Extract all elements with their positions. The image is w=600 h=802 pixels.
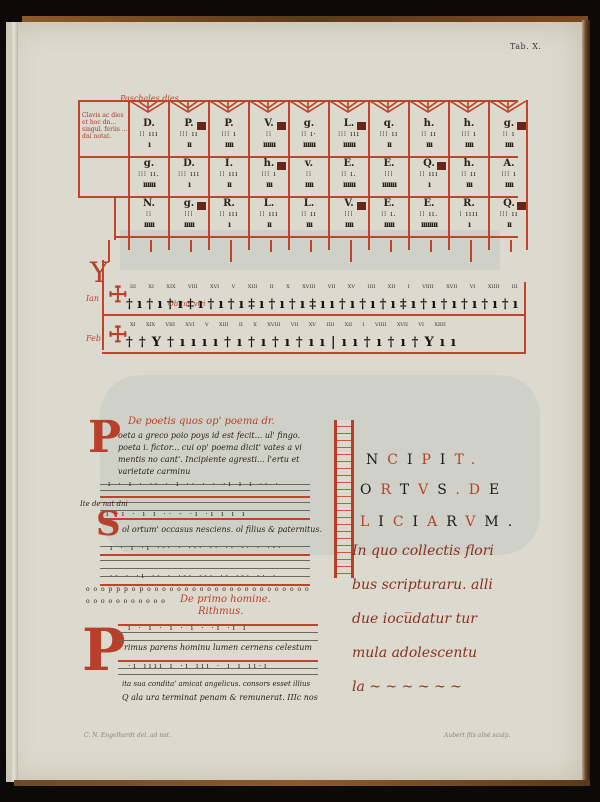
red-square-marker-icon [277, 122, 286, 130]
day-mark: ı [259, 297, 264, 312]
dominical-letter: D. [130, 118, 168, 129]
incipit-script-line: due iocu̅datur tur [352, 602, 552, 636]
red-square-marker-icon [357, 202, 366, 210]
tick-count: ı [210, 219, 248, 229]
golden-number: I [363, 322, 365, 328]
dot-count: ⁞⁞ ı· [290, 131, 328, 137]
dominical-letter: q. [370, 118, 408, 129]
roof-ornament-icon [328, 100, 368, 116]
day-mark: ı [261, 335, 266, 350]
day-mark: ‡ [187, 297, 194, 312]
cross-ornament-icon: ☩ [108, 282, 128, 308]
golden-number: XI [148, 284, 154, 290]
initial-i-ornamental [334, 420, 354, 578]
day-mark: † [269, 297, 276, 312]
day-mark: ı [285, 335, 290, 350]
table-cell: P.⁞⁞⁞ ıııı [170, 116, 208, 154]
golden-number: V [232, 284, 236, 290]
dominical-letter: E. [410, 198, 448, 209]
credit-draughtsman: C. N. Engelhardt del. ad nat. [84, 732, 171, 739]
line-sol-ortum: ol ortum' occasus nesciens. ol filius & … [122, 524, 352, 536]
tick-count: ııııııı [370, 179, 408, 189]
incipit-letter: R [380, 482, 399, 498]
red-square-marker-icon [517, 202, 526, 210]
table-cell: I.⁞⁞ ııııı [210, 156, 248, 194]
day-mark: † [207, 297, 214, 312]
dot-count: ⁞⁞ [290, 171, 328, 177]
roof-ornament-icon [368, 100, 408, 116]
day-mark: † [126, 335, 133, 350]
day-mark: † [126, 297, 133, 312]
day-mark: ı [353, 335, 358, 350]
month-label-february: Feb [86, 334, 101, 343]
golden-number: X [253, 322, 257, 328]
day-mark: ı [202, 335, 207, 350]
dominical-letter: g. [290, 118, 328, 129]
table-cell: V.⁞⁞ıııııı [250, 116, 288, 154]
dot-count: ⁞⁞ ıı [410, 131, 448, 137]
table-cell: R.⁞ ııııı [450, 196, 488, 234]
table-cell: P.⁞⁞⁞ ııııı [210, 116, 248, 154]
dot-count: ⁞⁞⁞ ıı [170, 131, 208, 137]
dot-count: ⁞⁞ ııı [210, 211, 248, 217]
red-square-marker-icon [197, 122, 206, 130]
tick-count: ıııııı [250, 139, 288, 149]
golden-number: I [408, 284, 410, 290]
day-mark: ı [137, 297, 142, 312]
golden-number: XII [345, 322, 353, 328]
paragraph-poeta: oeta a greco poio poys id est fecit... u… [118, 430, 318, 478]
drip-line [350, 240, 352, 262]
staff-line-january [102, 314, 526, 316]
dominical-letter: D. [170, 158, 208, 169]
table-cell: h.⁞⁞ ııııı [450, 156, 488, 194]
incipit-letter: C [387, 452, 407, 468]
day-mark: ı [350, 297, 355, 312]
table-cell: E.⁞⁞ ı.ıııııı [330, 156, 368, 194]
dominical-letter: A. [490, 158, 528, 169]
dominical-letter: I. [210, 158, 248, 169]
day-mark: † [167, 297, 174, 312]
table-cell: L.⁞⁞⁞ ııııııııı [330, 116, 368, 154]
golden-numbers-row-2: XIXIXVIIIXVIVXIIIIIXXVIIIVIIXVIIIIXIIIVI… [130, 322, 446, 328]
tick-count: ıı [210, 179, 248, 189]
dot-count: ⁞⁞ [250, 131, 288, 137]
golden-number: XIX [166, 284, 175, 290]
table-cell: g.⁞⁞⁞ııııı [170, 196, 208, 234]
dot-count: ⁞⁞⁞ ı [210, 131, 248, 137]
day-mark: Y [424, 335, 433, 350]
section-heading: De poetis quos op' poema dr. [128, 416, 358, 428]
dominical-letter: v. [290, 158, 328, 169]
golden-number: XIX [146, 322, 155, 328]
golden-number: XV [348, 284, 355, 290]
incipit-line-1: NCIPIT. [366, 452, 484, 468]
tick-count: ıııı [450, 139, 488, 149]
day-mark: † [248, 335, 255, 350]
day-mark: ı [452, 297, 457, 312]
tick-count: ıııı [330, 219, 368, 229]
golden-number: XII [388, 284, 396, 290]
incipit-letter: . [455, 482, 468, 498]
day-mark: ı [370, 297, 375, 312]
table-left-rule [114, 196, 116, 240]
day-mark: ‡ [248, 297, 255, 312]
tick-count: ı [450, 219, 488, 229]
line-vita-sua: ita sua condita' amicat angelicus. conso… [122, 678, 352, 690]
golden-number: II [239, 322, 243, 328]
day-mark: † [272, 335, 279, 350]
table-cell: D.⁞⁞ ıııı [130, 116, 168, 154]
table-cell: R.⁞⁞ ıııı [210, 196, 248, 234]
dot-count: ⁞⁞⁞ ıı [370, 131, 408, 137]
tick-count: ıııııı [330, 139, 368, 149]
golden-number: VII [328, 284, 336, 290]
table-cell: L.⁞⁞ ııııı [250, 196, 288, 234]
golden-number: X [286, 284, 290, 290]
red-square-marker-icon [437, 162, 446, 170]
table-cell: D.⁞⁞⁞ ıııı [170, 156, 208, 194]
incipit-script-line: In quo collectis flori [352, 534, 552, 568]
incipit-letter: T [454, 452, 470, 468]
dot-count: ⁞⁞ ııı [130, 131, 168, 137]
dot-count: ⁞⁞⁞ ı [490, 171, 528, 177]
day-mark: † [364, 335, 371, 350]
day-mark: † [296, 335, 303, 350]
roof-ornament-icon [128, 100, 168, 116]
incipit-letter: M [484, 514, 507, 530]
incipit-letter: R [446, 514, 465, 530]
dot-count: ⁞⁞⁞ ıı. [130, 171, 168, 177]
day-mark: ı [198, 297, 203, 312]
tick-count: ııııı [130, 219, 168, 229]
tick-count: ıııı [290, 179, 328, 189]
golden-number: V [205, 322, 209, 328]
calendar-staves: Y Ian Feb ☩ ☩ Obitus viri IIIXIXIXVIIIXV… [86, 260, 526, 370]
table-left-rule [78, 100, 80, 198]
golden-number: VIII [188, 284, 198, 290]
incipit-letter: I [413, 514, 428, 530]
roof-ornament-icon [448, 100, 488, 116]
dominical-letter: h. [410, 118, 448, 129]
golden-number: XIIII [488, 284, 499, 290]
table-cell: g.⁞⁞ ııııı [490, 116, 528, 154]
day-mark: ı [178, 297, 183, 312]
drip-line [230, 240, 232, 262]
incipit-letter: D [469, 482, 489, 498]
table-legend: Clavis ac dies et hoc dn... singul. feri… [82, 112, 128, 140]
table-row-rule [114, 236, 518, 238]
day-mark: ı [451, 335, 456, 350]
golden-number: XIII [248, 284, 258, 290]
day-mark: † [224, 335, 231, 350]
incipit-letter: I [407, 452, 422, 468]
dot-count: ⁞⁞ ı. [370, 211, 408, 217]
month-label-january: Ian [86, 294, 99, 303]
golden-number: VI [470, 284, 476, 290]
drip-line [430, 240, 432, 252]
tick-count: ıııı [490, 139, 528, 149]
day-mark: † [228, 297, 235, 312]
dominical-letter: R. [450, 198, 488, 209]
dominical-letter: L. [290, 198, 328, 209]
golden-number: III [130, 284, 136, 290]
dominical-letter: E. [330, 158, 368, 169]
table-cell: g.⁞⁞ ı·ıııııı [290, 116, 328, 154]
day-mark: ı [320, 335, 325, 350]
day-mark: ı [411, 297, 416, 312]
plate-number: Tab. X. [510, 42, 541, 51]
dot-count: ⁞⁞⁞ [370, 171, 408, 177]
red-square-marker-icon [517, 122, 526, 130]
tick-count: ııı [250, 179, 288, 189]
incipit-script: In quo collectis floribus scripturaru. a… [352, 534, 552, 704]
dot-count: ⁞⁞ ıı [450, 171, 488, 177]
tick-count: ıııııı [330, 179, 368, 189]
music-staff-5: ·ı ıııı ı ·ı ııı · ı ı ıı·ı [118, 656, 318, 680]
day-mark: † [167, 335, 174, 350]
staff-bracket [102, 260, 104, 350]
table-cell: Q.⁞⁞⁞ ıııı [490, 196, 528, 234]
golden-number: XVIII [267, 322, 280, 328]
line-primus-parens: rimus parens hominu lumen cernens celest… [124, 642, 354, 654]
dot-count: ⁞⁞⁞ ıı [490, 211, 528, 217]
day-mark: ı [330, 297, 335, 312]
red-square-marker-icon [277, 162, 286, 170]
tick-count: ııııı [170, 219, 208, 229]
day-mark: ı [431, 297, 436, 312]
dot-count: ⁞⁞ ı. [330, 171, 368, 177]
day-mark: ı [280, 297, 285, 312]
incipit-letter: E [489, 482, 508, 498]
golden-number: XIII [219, 322, 229, 328]
day-mark: ı [492, 297, 497, 312]
day-mark: † [481, 297, 488, 312]
dot-count: ⁞⁞ ııı [210, 171, 248, 177]
drip-line [470, 240, 472, 262]
table-cell: E.⁞⁞ ıı.ıııııııı [410, 196, 448, 234]
tick-count: ı [170, 179, 208, 189]
dot-count: ⁞⁞ ııı [250, 211, 288, 217]
golden-number: XVI [210, 284, 219, 290]
incipit-letter: O [360, 482, 380, 498]
golden-number: VIIII [375, 322, 387, 328]
day-mark: Y [152, 335, 161, 350]
page-gutter [10, 22, 18, 782]
incipit-script-line: mula adolescentu [352, 636, 552, 670]
golden-number: XVIII [302, 284, 315, 290]
table-cell: h.⁞⁞⁞ ıııı [250, 156, 288, 194]
red-square-marker-icon [197, 202, 206, 210]
incipit-letter: C [393, 514, 413, 530]
dot-count: ⁞⁞⁞ ı [450, 131, 488, 137]
golden-number: XIIII [434, 322, 445, 328]
incipit-letter: V [465, 514, 484, 530]
table-cell: g.⁞⁞⁞ ıı.ıııııı [130, 156, 168, 194]
incipit-letter: S [437, 482, 455, 498]
tick-count: ıııı [210, 139, 248, 149]
day-mark: ı [342, 335, 347, 350]
heading-de-poetis: De poetis quos op' poema dr. [128, 416, 275, 427]
table-cell: v.⁞⁞ıııı [290, 156, 328, 194]
golden-number: IIII [326, 322, 334, 328]
dot-count: ⁞⁞ ııı [410, 171, 448, 177]
golden-number: VI [418, 322, 424, 328]
drip-line [390, 240, 392, 252]
table-cell: N.⁞⁞ııııı [130, 196, 168, 234]
day-mark: ı [219, 297, 224, 312]
dominical-letter: h. [450, 118, 488, 129]
incipit-script-line: bus scripturaru. alli [352, 568, 552, 602]
day-mark: † [289, 297, 296, 312]
cross-ornament-icon: ☩ [108, 322, 128, 348]
tick-count: ı [410, 179, 448, 189]
incipit-letter: P [422, 452, 440, 468]
day-mark: ı [401, 335, 406, 350]
tick-count: ıı [170, 139, 208, 149]
initial-s: S [96, 504, 121, 544]
incipit-line-3: LICIARVM. [360, 514, 521, 530]
golden-number: VII [291, 322, 299, 328]
golden-number: XVII [397, 322, 408, 328]
day-mark: † [502, 297, 509, 312]
day-mark: † [388, 335, 395, 350]
day-mark: ı [191, 335, 196, 350]
dominical-letter: L. [250, 198, 288, 209]
tick-count: ııı [450, 179, 488, 189]
line-qualia: Q ala ura terminat penam & remunerat. II… [122, 692, 352, 704]
day-mark: ı [391, 297, 396, 312]
paschal-table: Paschales dies Clavis ac dies et hoc dn.… [78, 100, 518, 240]
day-mark: † [339, 297, 346, 312]
initial-p: P [88, 412, 121, 463]
tick-count: ıı [370, 139, 408, 149]
tick-count: ıı [490, 219, 528, 229]
day-marks-row-1: †ı†ı†ı‡ı†ı†ı‡ı†ı†ı‡ıı†ı†ı†ı‡ı†ı†ı†ı†ı†ı [126, 292, 518, 312]
incipit-letter: N [366, 452, 387, 468]
dominical-letter: P. [210, 118, 248, 129]
day-mark: ı [513, 297, 518, 312]
day-mark: † [380, 297, 387, 312]
incipit-letter: T [400, 482, 418, 498]
tick-count: ıııııı [130, 179, 168, 189]
table-cell: Q.⁞⁞ ıııı [410, 156, 448, 194]
dot-count: ⁞⁞ ıı. [410, 211, 448, 217]
incipit-letter: . [508, 514, 521, 530]
drip-line [310, 240, 312, 252]
table-cell: A.⁞⁞⁞ ııııı [490, 156, 528, 194]
table-cell: L.⁞⁞ ııııı [290, 196, 328, 234]
golden-number: XI [130, 322, 136, 328]
drip-line [190, 240, 192, 252]
table-cell: q.⁞⁞⁞ ıııı [370, 116, 408, 154]
drip-line [510, 240, 512, 252]
dot-count: ⁞⁞ ı [490, 131, 528, 137]
day-mark: ı [377, 335, 382, 350]
dominical-letter: g. [130, 158, 168, 169]
roof-ornament-icon [488, 100, 528, 116]
golden-number: II [270, 284, 274, 290]
credit-engraver: Aubert fils aîné sculp. [444, 732, 510, 739]
tick-count: ıııııııı [410, 219, 448, 229]
golden-number: IIII [367, 284, 375, 290]
table-cell: E.⁞⁞⁞ııııııı [370, 156, 408, 194]
dot-count: ⁞⁞⁞ ııı [330, 131, 368, 137]
incipit-script-line: la ~ ~ ~ ~ ~ ~ [352, 670, 552, 704]
book-fore-edge [582, 20, 590, 784]
day-mark: ı [157, 297, 162, 312]
golden-number: VIIII [422, 284, 434, 290]
incipit-letter: V [418, 482, 437, 498]
day-mark: † [420, 297, 427, 312]
roof-ornament-icon [208, 100, 248, 116]
roof-ornament-icon [168, 100, 208, 116]
dominical-letter: E. [370, 158, 408, 169]
staff-end [524, 282, 526, 354]
day-mark: † [461, 297, 468, 312]
day-mark: † [146, 297, 153, 312]
day-mark: ı [239, 297, 244, 312]
staff-line-february [102, 352, 526, 354]
day-mark: † [139, 335, 146, 350]
ornamental-y-icon: Y [90, 256, 108, 289]
golden-number: III [512, 284, 518, 290]
golden-number: XV [309, 322, 316, 328]
roof-ornament-icon [288, 100, 328, 116]
table-cell: h.⁞⁞ ııııı [410, 116, 448, 154]
day-mark: ı [472, 297, 477, 312]
red-square-marker-icon [357, 122, 366, 130]
day-mark: ı [180, 335, 185, 350]
roof-ornament-icon [248, 100, 288, 116]
day-mark: ı [300, 297, 305, 312]
dominical-letter: R. [210, 198, 248, 209]
day-mark: ı [237, 335, 242, 350]
day-marks-row-2: ††Y†ıııı†ı†ı†ı†ıı|ıı†ı†ı†Yıı [126, 330, 456, 350]
tick-count: ıııııı [290, 139, 328, 149]
dot-count: ⁞⁞⁞ [330, 211, 368, 217]
day-mark: ı [320, 297, 325, 312]
tick-count: ııı [290, 219, 328, 229]
golden-number: VIII [165, 322, 175, 328]
table-cell: E.⁞⁞ ı.ııııı [370, 196, 408, 234]
table-cell: h.⁞⁞⁞ ııııı [450, 116, 488, 154]
day-mark: ı [309, 335, 314, 350]
table-cell: V.⁞⁞⁞ıııı [330, 196, 368, 234]
dominical-letter: N. [130, 198, 168, 209]
golden-number: XVI [185, 322, 194, 328]
drip-line [150, 240, 152, 252]
dominical-letter: h. [450, 158, 488, 169]
day-mark: † [441, 297, 448, 312]
tick-count: ı [130, 139, 168, 149]
incipit-letter: I [440, 452, 455, 468]
incipit-letter: A [427, 514, 446, 530]
incipit-line-2: ORTVS.DE [360, 482, 508, 498]
dot-count: ⁞⁞ ıı [290, 211, 328, 217]
dot-count: ⁞ ıııı [450, 211, 488, 217]
dot-count: ⁞⁞⁞ [170, 211, 208, 217]
dot-count: ⁞⁞ [130, 211, 168, 217]
day-mark: ı [213, 335, 218, 350]
dot-count: ⁞⁞⁞ ııı [170, 171, 208, 177]
golden-numbers-row-1: IIIXIXIXVIIIXVIVXIIIIIXXVIIIVIIXVIIIIXII… [130, 284, 518, 290]
day-mark: † [359, 297, 366, 312]
day-mark: ı [440, 335, 445, 350]
dominical-letter: E. [370, 198, 408, 209]
tick-count: ııııı [370, 219, 408, 229]
day-mark: | [331, 335, 336, 350]
